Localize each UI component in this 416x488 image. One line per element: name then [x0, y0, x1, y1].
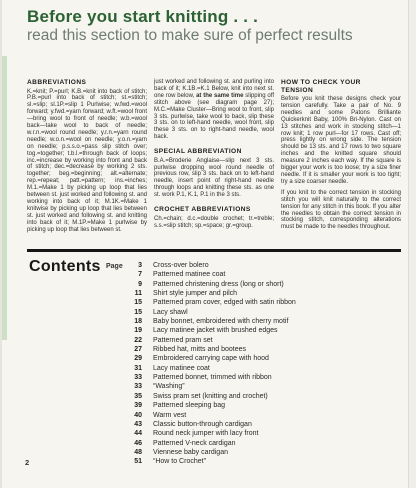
- toc-entry-title: Patterned pram cover, edged with satin r…: [142, 298, 296, 307]
- toc-page-number: 22: [116, 336, 142, 345]
- toc-entry: 35Swiss pram set (knitting and crochet): [116, 392, 404, 401]
- toc-page-number: 35: [116, 392, 142, 401]
- toc-page-number: 46: [116, 439, 142, 448]
- toc-entry-title: Round neck jumper with lacy front: [142, 429, 258, 438]
- toc-page-number: 15: [116, 308, 142, 317]
- toc-entry: 48Viennese baby cardigan: [116, 448, 404, 457]
- abbr-cont-bold: at the same time: [196, 93, 243, 99]
- abbreviations-text: K.=knit; P.=purl; K.B.=knit into back of…: [27, 89, 147, 234]
- toc-page-number: 48: [116, 448, 142, 457]
- toc-entry: 11Shirt style jumper and pilch: [116, 289, 404, 298]
- toc-entry-title: Shirt style jumper and pilch: [142, 289, 237, 298]
- toc-page-number: 19: [116, 326, 142, 335]
- toc-entry: 39Patterned sleeping bag: [116, 401, 404, 410]
- toc-page-number: 33: [116, 382, 142, 391]
- toc-page-number: 7: [116, 270, 142, 279]
- toc-entry-title: Lacy matinee jacket with brushed edges: [142, 326, 278, 335]
- toc-entry-title: Patterned christening dress (long or sho…: [142, 280, 284, 289]
- toc-entry: 19Lacy matinee jacket with brushed edges: [116, 326, 404, 335]
- toc-entry-title: Viennese baby cardigan: [142, 448, 228, 457]
- special-abbreviation-heading: SPECIAL ABBREVIATION: [154, 148, 274, 156]
- tension-paragraph-2: If you knit to the correct tension in st…: [281, 190, 401, 231]
- toc-page-number: 51: [116, 457, 142, 466]
- crochet-abbreviations-heading: CROCHET ABBREVIATIONS: [154, 206, 274, 214]
- toc-page-number: 39: [116, 401, 142, 410]
- toc-page-number: 11: [116, 289, 142, 298]
- toc-entry: 33Patterned bonnet, trimmed with ribbon: [116, 373, 404, 382]
- abbreviations-continued-text: just worked and following st. and purlin…: [154, 79, 274, 141]
- page-crease-line: [408, 0, 409, 488]
- column-tension: HOW TO CHECK YOUR TENSION Before you kni…: [281, 79, 401, 238]
- crochet-abbreviations-text: Ch.=chain; d.c.=double crochet; tr.=treb…: [154, 216, 274, 230]
- toc-entry-title: Cross-over bolero: [142, 261, 209, 270]
- toc-entry-title: “Washing”: [142, 382, 185, 391]
- toc-entry-title: Ribbed hat, mitts and bootees: [142, 345, 246, 354]
- toc-entry: 31Lacy matinee coat: [116, 364, 404, 373]
- toc-entry: 43Classic button-through cardigan: [116, 420, 404, 429]
- toc-entry-title: Patterned matinee coat: [142, 270, 225, 279]
- page-title: Before you start knitting . . .: [27, 7, 397, 26]
- page-header: Before you start knitting . . . read thi…: [27, 7, 397, 44]
- toc-page-number: 27: [116, 345, 142, 354]
- abbr-cont-post: slipping off stitch above (see diagram p…: [154, 93, 274, 140]
- toc-entry: 46Patterned V-neck cardigan: [116, 439, 404, 448]
- toc-page-number: 3: [116, 261, 142, 270]
- toc-page-number: 18: [116, 317, 142, 326]
- folio-page-number: 2: [25, 458, 29, 467]
- toc-entry: 33“Washing”: [116, 382, 404, 391]
- page-subtitle: read this section to make sure of perfec…: [27, 27, 397, 44]
- toc-entry: 51“How to Crochet”: [116, 457, 404, 466]
- toc-page-number: 29: [116, 354, 142, 363]
- green-accent-strip: [2, 56, 7, 340]
- toc-page-number: 44: [116, 429, 142, 438]
- toc-entry: 7Patterned matinee coat: [116, 270, 404, 279]
- contents-heading: Contents: [29, 258, 101, 276]
- toc-entry-title: Embroidered carrying cape with hood: [142, 354, 269, 363]
- toc-entry: 27Ribbed hat, mitts and bootees: [116, 345, 404, 354]
- toc-entry-title: Patterned sleeping bag: [142, 401, 225, 410]
- toc-entry: 15Lacy shawl: [116, 308, 404, 317]
- toc-entry: 44Round neck jumper with lacy front: [116, 429, 404, 438]
- toc-entry: 3Cross-over bolero: [116, 261, 404, 270]
- toc-entry: 29Embroidered carrying cape with hood: [116, 354, 404, 363]
- column-abbreviations: ABBREVIATIONS K.=knit; P.=purl; K.B.=kni…: [27, 79, 147, 238]
- toc-entry-title: Patterned V-neck cardigan: [142, 439, 236, 448]
- toc-entry: 40Warm vest: [116, 411, 404, 420]
- page-right-edge: [409, 0, 416, 488]
- section-divider-rule: [27, 249, 401, 252]
- contents-list: 3Cross-over bolero 7Patterned matinee co…: [116, 261, 404, 467]
- toc-entry-title: Lacy shawl: [142, 308, 188, 317]
- toc-entry: 9Patterned christening dress (long or sh…: [116, 280, 404, 289]
- toc-entry: 18Baby bonnet, embroidered with cherry m…: [116, 317, 404, 326]
- tension-paragraph-1: Before you knit these designs check your…: [281, 96, 401, 186]
- abbreviations-heading: ABBREVIATIONS: [27, 79, 147, 87]
- toc-entry-title: Swiss pram set (knitting and crochet): [142, 392, 268, 401]
- tension-heading: HOW TO CHECK YOUR TENSION: [281, 79, 377, 94]
- special-abbreviation-text: B.A.=Broderie Anglaise—slip next 3 sts. …: [154, 158, 274, 199]
- toc-page-number: 31: [116, 364, 142, 373]
- toc-page-number: 15: [116, 298, 142, 307]
- toc-entry-title: Patterned bonnet, trimmed with ribbon: [142, 373, 272, 382]
- column-special-crochet: just worked and following st. and purlin…: [154, 79, 274, 238]
- toc-page-number: 40: [116, 411, 142, 420]
- toc-page-number: 9: [116, 280, 142, 289]
- toc-entry-title: “How to Crochet”: [142, 457, 206, 466]
- toc-entry-title: Lacy matinee coat: [142, 364, 210, 373]
- text-columns: ABBREVIATIONS K.=knit; P.=purl; K.B.=kni…: [27, 79, 401, 238]
- toc-entry-title: Baby bonnet, embroidered with cherry mot…: [142, 317, 288, 326]
- toc-entry: 22Patterned pram set: [116, 336, 404, 345]
- toc-page-number: 43: [116, 420, 142, 429]
- toc-entry-title: Warm vest: [142, 411, 186, 420]
- toc-entry-title: Classic button-through cardigan: [142, 420, 252, 429]
- toc-entry: 15Patterned pram cover, edged with satin…: [116, 298, 404, 307]
- toc-entry-title: Patterned pram set: [142, 336, 213, 345]
- toc-page-number: 33: [116, 373, 142, 382]
